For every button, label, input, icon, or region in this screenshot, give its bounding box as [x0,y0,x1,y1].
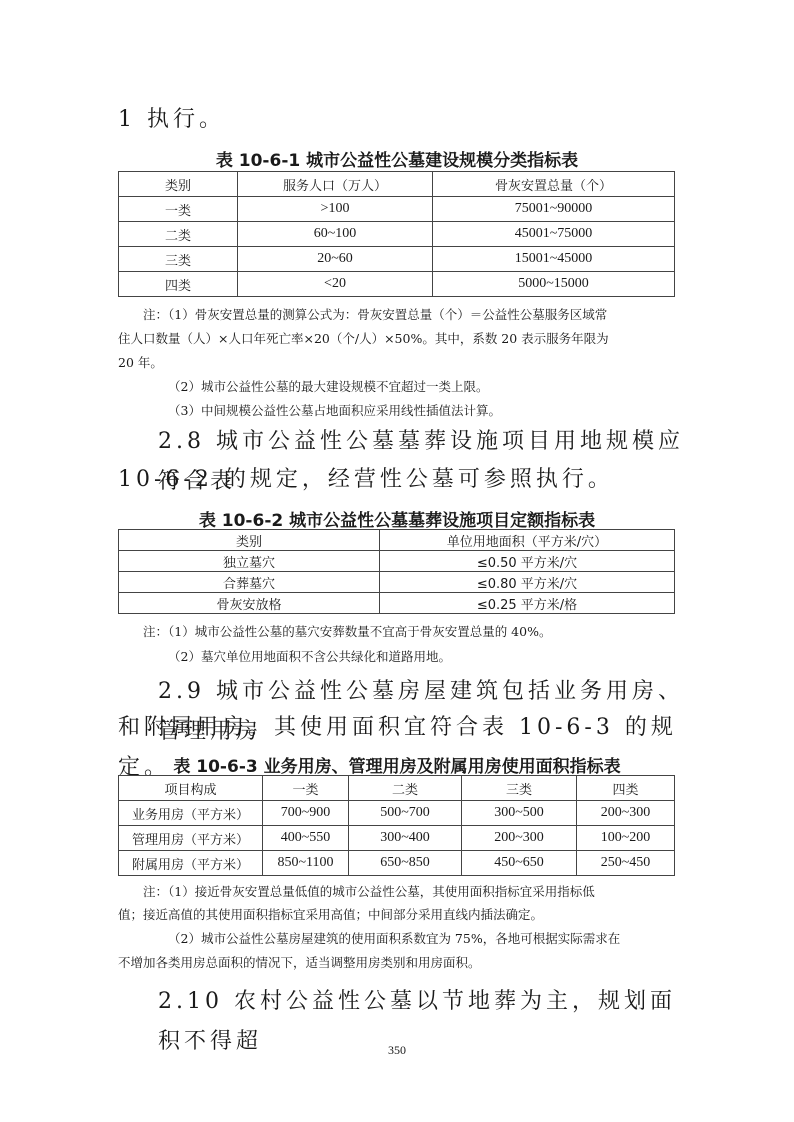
capacity-cell: 75001~90000 [433,197,675,222]
table-row: 合葬墓穴 ≤0.80 平方米/穴 [119,572,675,593]
table-scale-classification: 类别 服务人口（万人） 骨灰安置总量（个） 一类 >100 75001~9000… [118,171,675,297]
value-cell: 300~400 [349,826,462,851]
value-cell: 200~300 [462,826,577,851]
value-cell: 200~300 [577,801,675,826]
category-cell: 二类 [119,222,238,247]
table-row: 四类 <20 5000~15000 [119,272,675,297]
value-cell: 400~550 [263,826,349,851]
table1-caption: 表 10-6-1 城市公益性公墓建设规模分类指标表 [100,146,694,171]
area-cell: ≤0.80 平方米/穴 [380,572,675,593]
header-cell: 单位用地面积（平方米/穴） [380,530,675,551]
capacity-cell: 5000~15000 [433,272,675,297]
table2-note-1: 注：（1）城市公益性公墓的墓穴安葬数量不宜高于骨灰安置总量的 40%。 [143,620,551,644]
header-cell: 二类 [349,776,462,801]
capacity-cell: 15001~45000 [433,247,675,272]
category-cell: 四类 [119,272,238,297]
section-2-8-line2: 10-6-2 的规定，经营性公墓可参照执行。 [118,460,678,500]
population-cell: >100 [238,197,433,222]
header-cell: 类别 [119,172,238,197]
type-cell: 独立墓穴 [119,551,380,572]
header-cell: 骨灰安置总量（个） [433,172,675,197]
type-cell: 合葬墓穴 [119,572,380,593]
value-cell: 450~650 [462,851,577,876]
header-cell: 项目构成 [119,776,263,801]
table-header-row: 类别 服务人口（万人） 骨灰安置总量（个） [119,172,675,197]
table-room-area: 项目构成 一类 二类 三类 四类 业务用房（平方米） 700~900 500~7… [118,775,675,876]
header-cell: 一类 [263,776,349,801]
intro-line: 1 执行。 [118,100,678,140]
table2-caption: 表 10-6-2 城市公益性公墓墓葬设施项目定额指标表 [100,506,694,531]
table-row: 业务用房（平方米） 700~900 500~700 300~500 200~30… [119,801,675,826]
table1-note-1-end: 20 年。 [118,351,163,375]
value-cell: 850~1100 [263,851,349,876]
area-cell: ≤0.50 平方米/穴 [380,551,675,572]
table-row: 独立墓穴 ≤0.50 平方米/穴 [119,551,675,572]
table3-note-2-cont: 不增加各类用房总面积的情况下，适当调整用房类别和用房面积。 [118,951,481,975]
table-row: 一类 >100 75001~90000 [119,197,675,222]
table-row: 二类 60~100 45001~75000 [119,222,675,247]
table1-note-2: （2）城市公益性公墓的最大建设规模不宜超过一类上限。 [168,375,488,399]
table3-note-1: 注：（1）接近骨灰安置总量低值的城市公益性公墓，其使用面积指标宜采用指标低 [143,880,595,904]
header-cell: 四类 [577,776,675,801]
value-cell: 650~850 [349,851,462,876]
table-row: 三类 20~60 15001~45000 [119,247,675,272]
value-cell: 300~500 [462,801,577,826]
table1-note-1-cont: 住人口数量（人）×人口年死亡率×20（个/人）×50%。其中，系数 20 表示服… [118,327,609,351]
page-number: 350 [0,1043,794,1058]
item-cell: 管理用房（平方米） [119,826,263,851]
table1-note-1: 注：（1）骨灰安置总量的测算公式为：骨灰安置总量（个）＝公益性公墓服务区域常 [143,303,607,327]
category-cell: 一类 [119,197,238,222]
item-cell: 业务用房（平方米） [119,801,263,826]
type-cell: 骨灰安放格 [119,593,380,614]
population-cell: 20~60 [238,247,433,272]
population-cell: <20 [238,272,433,297]
area-cell: ≤0.25 平方米/格 [380,593,675,614]
capacity-cell: 45001~75000 [433,222,675,247]
header-cell: 服务人口（万人） [238,172,433,197]
population-cell: 60~100 [238,222,433,247]
table3-note-1-cont: 值；接近高值的其使用面积指标宜采用高值；中间部分采用直线内插法确定。 [118,903,543,927]
table3-caption: 表 10-6-3 业务用房、管理用房及附属用房使用面积指标表 [100,752,694,777]
item-cell: 附属用房（平方米） [119,851,263,876]
value-cell: 500~700 [349,801,462,826]
value-cell: 250~450 [577,851,675,876]
table-row: 管理用房（平方米） 400~550 300~400 200~300 100~20… [119,826,675,851]
table-header-row: 项目构成 一类 二类 三类 四类 [119,776,675,801]
table-burial-quota: 类别 单位用地面积（平方米/穴） 独立墓穴 ≤0.50 平方米/穴 合葬墓穴 ≤… [118,529,675,614]
table-row: 骨灰安放格 ≤0.25 平方米/格 [119,593,675,614]
table3-note-2: （2）城市公益性公墓房屋建筑的使用面积系数宜为 75%，各地可根据实际需求在 [168,927,620,951]
category-cell: 三类 [119,247,238,272]
value-cell: 100~200 [577,826,675,851]
table-header-row: 类别 单位用地面积（平方米/穴） [119,530,675,551]
table1-note-3: （3）中间规模公益性公墓占地面积应采用线性插值法计算。 [168,399,501,423]
table2-note-2: （2）墓穴单位用地面积不含公共绿化和道路用地。 [168,645,451,669]
header-cell: 三类 [462,776,577,801]
value-cell: 700~900 [263,801,349,826]
header-cell: 类别 [119,530,380,551]
table-row: 附属用房（平方米） 850~1100 650~850 450~650 250~4… [119,851,675,876]
